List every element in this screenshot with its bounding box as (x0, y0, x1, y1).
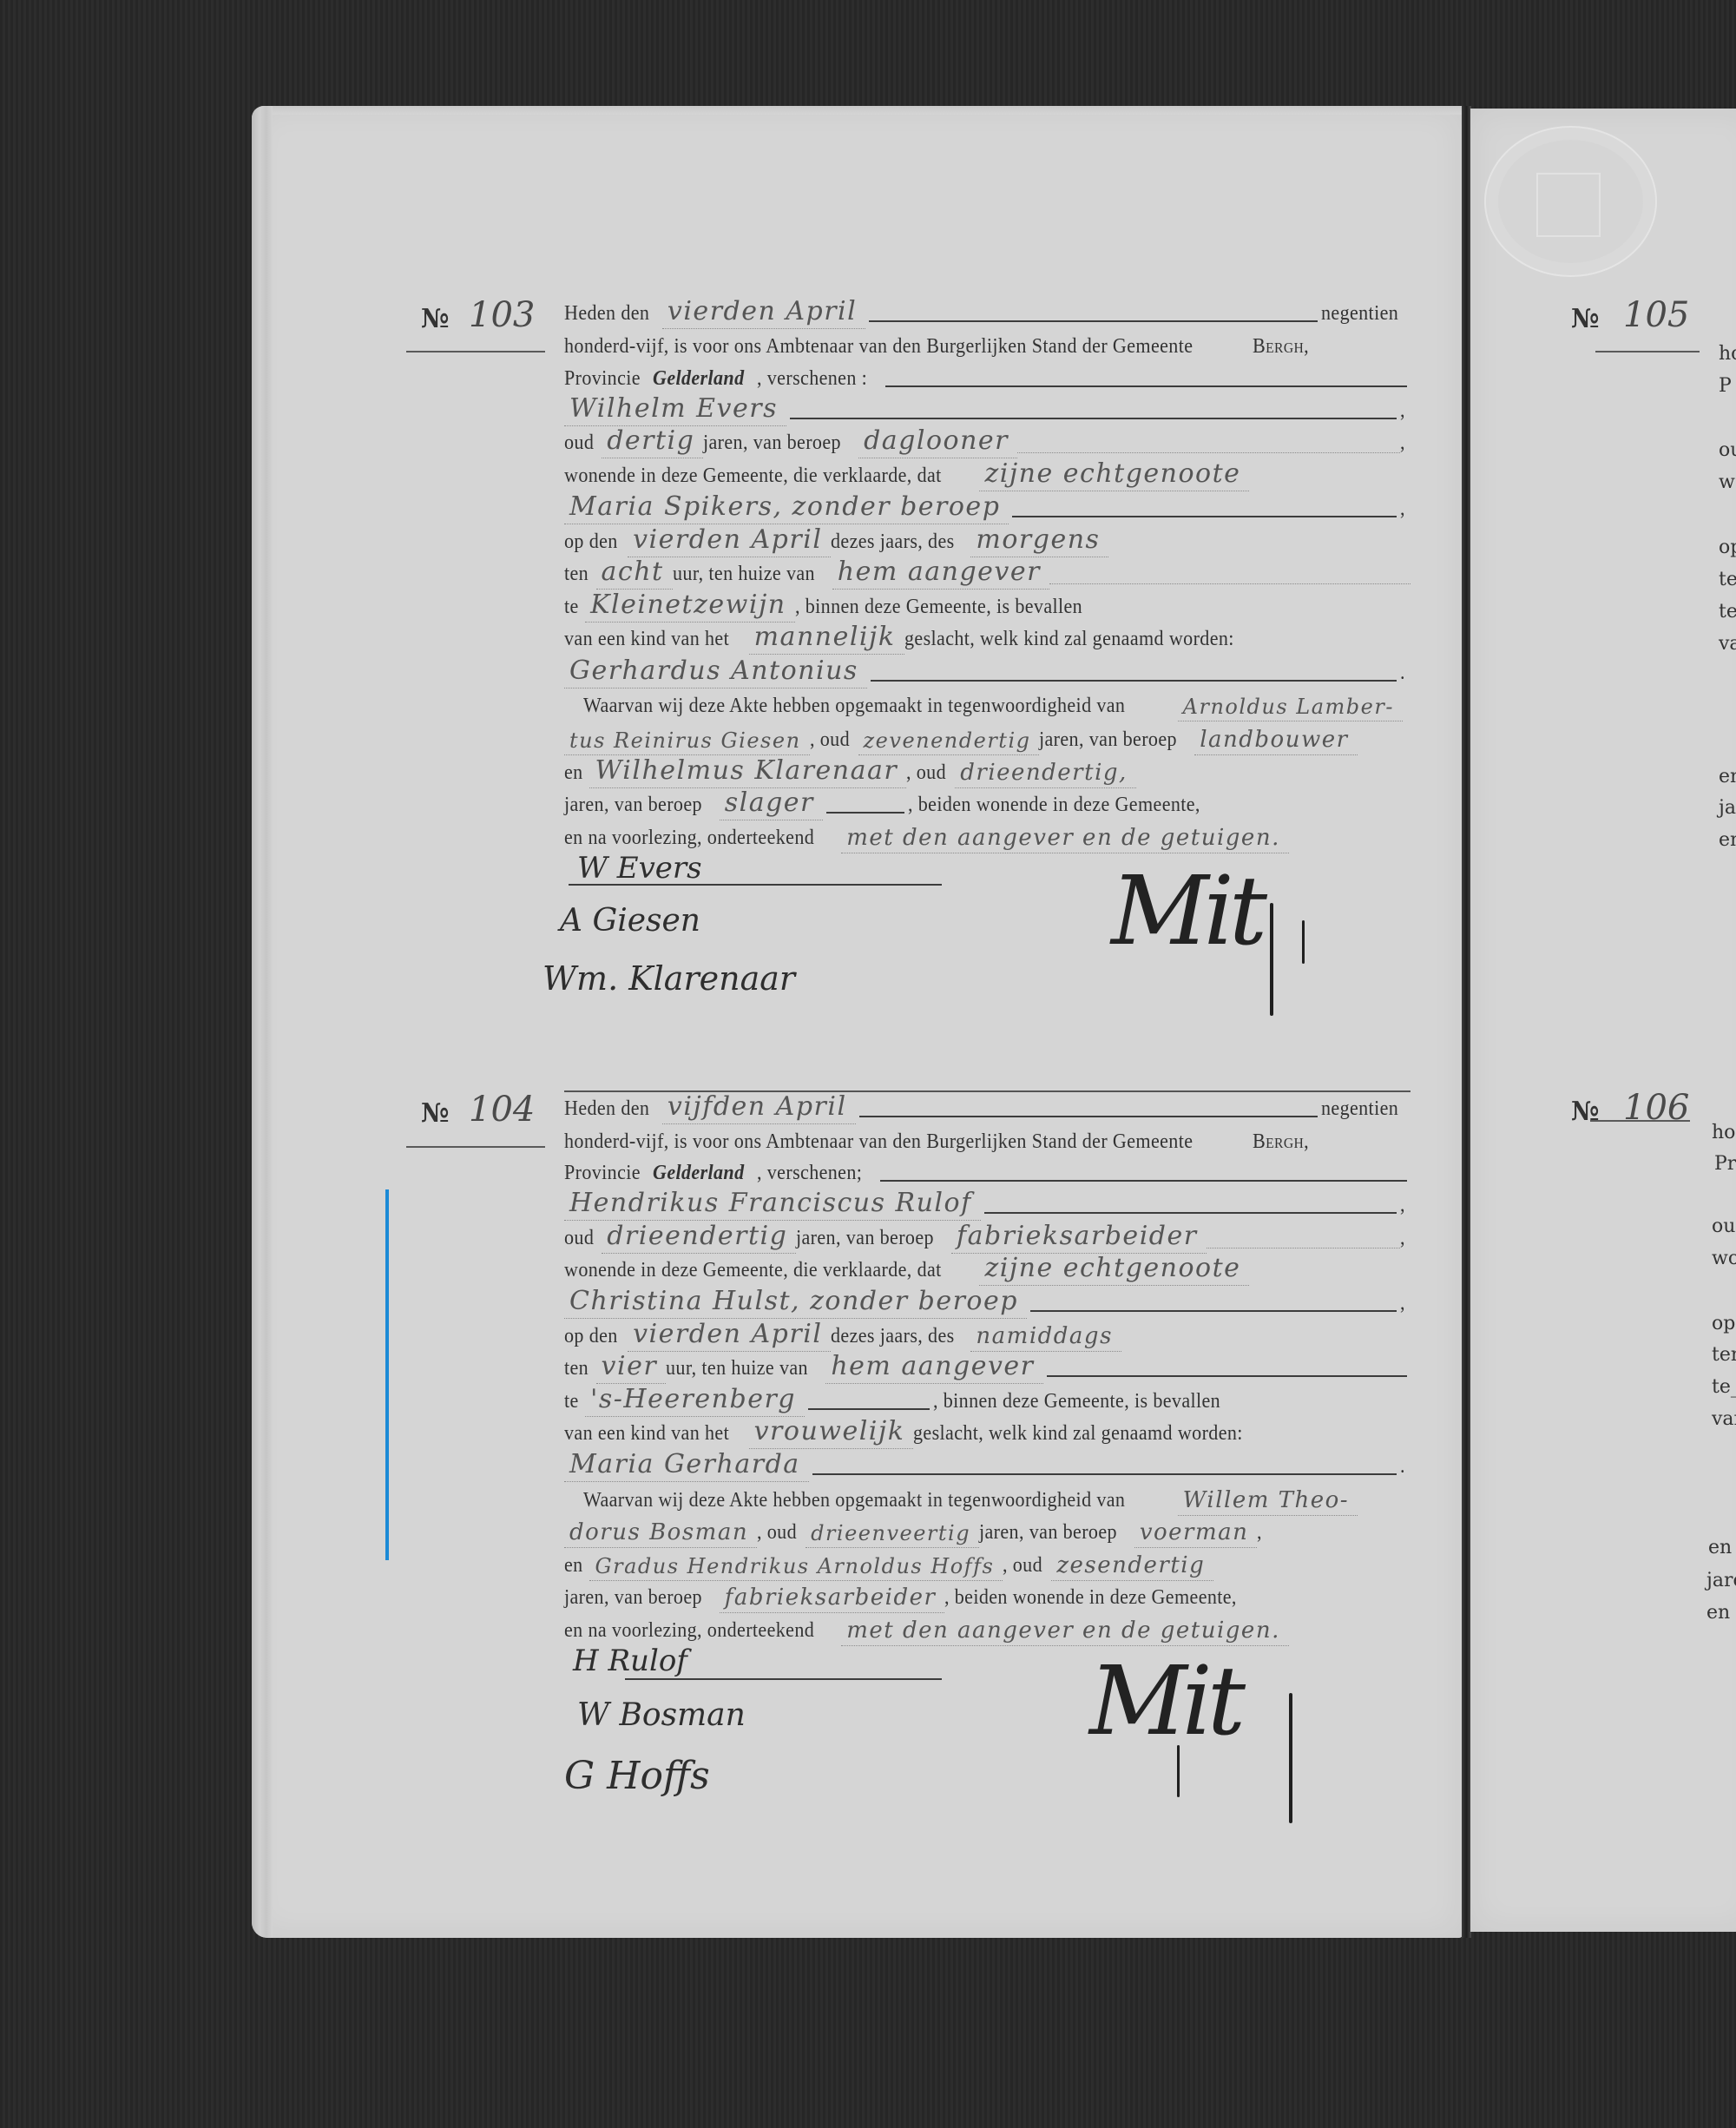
printed-text: , (1257, 1521, 1266, 1548)
printed-text: uur, ten huize van (666, 1357, 812, 1384)
text-fragment: op (1719, 537, 1736, 558)
dotted-rule (1049, 583, 1410, 584)
record-number-label: № (421, 304, 450, 334)
declarant-signature: H Rulof (573, 1644, 687, 1678)
text-fragment: Pr (1714, 1153, 1736, 1175)
registrar-signature-stroke (1177, 1745, 1180, 1797)
record-line: en na voorlezing, onderteekend met den a… (564, 1615, 1410, 1646)
witness-1-occupation: landbouwer (1194, 727, 1357, 755)
mother-name: Maria Spikers, zonder beroep (564, 491, 1009, 524)
record-line: jaren, van beroep slager , beiden wonend… (564, 789, 1410, 820)
text-fragment: te (1719, 601, 1736, 623)
child-sex: mannelijk (749, 622, 904, 655)
printed-text: Waarvan wij deze Akte hebben opgemaakt i… (583, 1489, 1130, 1516)
printed-text: op den (564, 1325, 622, 1352)
printed-text: van een kind van het (564, 628, 734, 655)
text-fragment: en (1706, 1602, 1730, 1624)
child-name: Gerhardus Antonius (564, 656, 867, 688)
text-fragment: wo (1712, 1248, 1736, 1269)
text-fragment: w (1719, 471, 1735, 493)
printed-text: Waarvan wij deze Akte hebben opgemaakt i… (583, 695, 1130, 721)
record-line: oud drieendertig jaren, van beroep fabri… (564, 1222, 1410, 1254)
record-line: Provincie Gelderland , verschenen; (564, 1157, 1410, 1189)
record-line: dorus Bosman , oud drieenveertig jaren, … (564, 1517, 1410, 1548)
text-fragment: hon (1712, 1122, 1736, 1143)
record-line: Maria Spikers, zonder beroep , (564, 493, 1410, 524)
witness-1-name-cont: tus Reinirus Giesen (564, 728, 810, 755)
printed-text: geslacht, welk kind zal genaamd worden: (904, 628, 1239, 655)
record-line: jaren, van beroep fabrieksarbeider , bei… (564, 1582, 1410, 1613)
record-line: Waarvan wij deze Akte hebben opgemaakt i… (583, 690, 1410, 721)
printed-text: , binnen deze Gemeente, is bevallen (933, 1390, 1226, 1417)
printed-text: jaren, van beroep (979, 1521, 1121, 1548)
printed-text: te (564, 1390, 583, 1417)
record-line: tus Reinirus Giesen , oud zevenendertig … (564, 724, 1410, 755)
text-fragment: en (1719, 766, 1736, 787)
registrar-signature-stroke (1289, 1693, 1292, 1823)
printed-text: , binnen deze Gemeente, is bevallen (795, 596, 1088, 623)
printed-text: honderd-vijf, is voor ons Ambtenaar van … (564, 1130, 1198, 1157)
registrar-signature-stroke (1302, 920, 1305, 964)
printed-text: en na voorlezing, onderteekend (564, 1619, 819, 1646)
record-line: Provincie Gelderland , verschenen : (564, 363, 1410, 394)
printed-text: en (564, 761, 588, 788)
text-fragment: en (1719, 829, 1736, 851)
declarant-name: Wilhelm Evers (564, 393, 786, 426)
record-line: Heden den vijfden April negentien (564, 1093, 1410, 1124)
registrar-signature-stroke (1270, 903, 1273, 1016)
printed-text: , (1400, 1292, 1410, 1319)
printed-text: negentien (1321, 1097, 1404, 1124)
record-line: ten vier uur, ten huize van hem aangever (564, 1353, 1410, 1384)
text-fragment: va (1719, 633, 1736, 655)
witness-1-occupation: voerman (1134, 1519, 1258, 1548)
printed-text: en na voorlezing, onderteekend (564, 827, 819, 853)
printed-text: , verschenen : (757, 367, 872, 394)
printed-text: Provincie (564, 1162, 645, 1189)
printed-text: , oud (1003, 1554, 1048, 1581)
record-line: Christina Hulst, zonder beroep , (564, 1288, 1410, 1319)
fill-rule (808, 1408, 930, 1410)
record-line: oud dertig jaren, van beroep daglooner , (564, 427, 1410, 458)
record-line: en Gradus Hendrikus Arnoldus Hoffs , oud… (564, 1550, 1410, 1581)
witness-2-occupation: slager (720, 787, 823, 820)
birth-date: vierden April (628, 524, 831, 557)
record-line: en Wilhelmus Klarenaar , oud drieenderti… (564, 757, 1410, 788)
record-line: Gerhardus Antonius . (564, 657, 1410, 688)
record-line: ten acht uur, ten huize van hem aangever (564, 558, 1410, 590)
record-line: van een kind van het mannelijk geslacht,… (564, 623, 1410, 655)
declarant-signature: W Evers (577, 851, 702, 886)
record-line: wonende in deze Gemeente, die verklaarde… (564, 1255, 1410, 1286)
birth-hour: acht (596, 557, 673, 590)
fill-rule (812, 1473, 1397, 1475)
fill-rule (880, 1180, 1407, 1182)
birth-date: vierden April (628, 1319, 831, 1352)
printed-text: , (1400, 1194, 1410, 1221)
fill-rule (826, 812, 904, 814)
handwritten-date: vijfden April (662, 1091, 856, 1124)
record-number-rule (1590, 1120, 1690, 1122)
printed-text: , oud (906, 761, 951, 788)
printed-text: jaren, van beroep (703, 432, 845, 458)
text-fragment: oud (1712, 1216, 1736, 1237)
birth-hour: vier (596, 1351, 667, 1384)
province-name: Gelderland (653, 1162, 749, 1189)
fill-rule (984, 1212, 1397, 1214)
dotted-rule (1017, 452, 1400, 453)
province-name: Gelderland (653, 367, 749, 394)
witness-1-name: Arnoldus Lamber- (1178, 695, 1403, 721)
record-number-rule (1595, 351, 1700, 352)
page-stack-edge (252, 106, 273, 1938)
printed-text: oud (564, 432, 599, 458)
page-top-edge (264, 106, 1463, 115)
printed-text: Provincie (564, 367, 645, 394)
printed-text: geslacht, welk kind zal genaamd worden: (913, 1422, 1247, 1449)
printed-text: ten (564, 563, 594, 590)
printed-text: , (1400, 432, 1410, 458)
witness-1-name-cont: dorus Bosman (564, 1519, 757, 1548)
declarant-age: dertig (602, 425, 703, 458)
facing-register-page (1470, 109, 1736, 1932)
printed-text: oud (564, 1227, 599, 1254)
printed-text: negentien (1321, 302, 1404, 329)
record-number-label: № (1571, 1097, 1600, 1127)
record-line: Wilhelm Evers , (564, 395, 1410, 426)
witness-2-name: Gradus Hendrikus Arnoldus Hoffs (589, 1554, 1003, 1581)
record-number-rule (406, 351, 545, 352)
record-number: 106 (1623, 1088, 1689, 1128)
municipality-name: Bergh, (1253, 1130, 1314, 1157)
text-fragment: ho (1719, 343, 1736, 365)
record-line: honderd-vijf, is voor ons Ambtenaar van … (564, 331, 1410, 362)
printed-text: op den (564, 530, 622, 557)
relation: zijne echtgenoote (979, 458, 1249, 491)
printed-text: , beiden wonende in deze Gemeente, (908, 794, 1205, 820)
registrar-signature: Mit (1089, 1645, 1240, 1756)
record-number-rule (406, 1146, 545, 1148)
witness-1-signature: A Giesen (560, 903, 700, 939)
record-line: te 's-Heerenberg , binnen deze Gemeente,… (564, 1386, 1410, 1417)
birth-house: hem aangever (825, 1351, 1042, 1384)
printed-text: wonende in deze Gemeente, die verklaarde… (564, 464, 946, 491)
record-number: 103 (469, 295, 535, 335)
fill-rule (859, 1116, 1318, 1117)
printed-text: , (1400, 497, 1410, 524)
record-line: en na voorlezing, onderteekend met den a… (564, 822, 1410, 853)
text-fragment: ja (1719, 797, 1736, 819)
declarant-age: drieendertig (602, 1221, 796, 1254)
fill-rule (1012, 516, 1396, 517)
printed-text: Heden den (564, 302, 654, 329)
text-fragment: ou (1719, 439, 1736, 461)
printed-text: , verschenen; (757, 1162, 867, 1189)
printed-text: te (564, 596, 583, 623)
record-line: Maria Gerharda . (564, 1451, 1410, 1482)
fill-rule (885, 385, 1407, 387)
printed-text: jaren, van beroep (796, 1227, 938, 1254)
fill-rule (1030, 1310, 1397, 1312)
printed-text: . (1400, 662, 1410, 688)
text-fragment: op (1712, 1313, 1735, 1334)
text-fragment: ten (1712, 1344, 1736, 1366)
witness-2-age: drieendertig, (955, 760, 1136, 788)
child-name: Maria Gerharda (564, 1449, 809, 1482)
witness-1-age: zevenendertig (858, 728, 1040, 755)
printed-text: en (564, 1554, 588, 1581)
signing-clause: met den aangever en de getuigen. (841, 825, 1289, 853)
time-of-day: namiddags (970, 1323, 1121, 1352)
text-fragment: en (1708, 1537, 1732, 1558)
record-line: op den vierden April dezes jaars, des mo… (564, 526, 1410, 557)
record-line: te Kleinetzewijn , binnen deze Gemeente,… (564, 591, 1410, 623)
printed-text: ten (564, 1357, 594, 1384)
birth-place: Kleinetzewijn (585, 590, 794, 623)
printed-text: , (1400, 399, 1410, 426)
fill-rule (869, 320, 1318, 322)
printed-text: jaren, van beroep (564, 1586, 707, 1613)
record-line: Heden den vierden April negentien (564, 298, 1410, 329)
text-fragment: P (1719, 375, 1732, 397)
record-line: honderd-vijf, is voor ons Ambtenaar van … (564, 1126, 1410, 1157)
printed-text: wonende in deze Gemeente, die verklaarde… (564, 1259, 946, 1286)
fill-rule (871, 680, 1397, 682)
relation: zijne echtgenoote (979, 1253, 1249, 1286)
fill-rule (1047, 1375, 1407, 1377)
record-number: 104 (469, 1090, 535, 1130)
declarant-occupation: daglooner (858, 425, 1017, 458)
witness-1-age: drieenveertig (806, 1521, 979, 1548)
declarant-occupation: fabrieksarbeider (951, 1221, 1207, 1254)
record-number-label: № (1571, 304, 1600, 334)
child-sex: vrouwelijk (749, 1416, 914, 1449)
printed-text: Heden den (564, 1097, 654, 1124)
birth-house: hem aangever (832, 557, 1049, 590)
printed-text: , oud (810, 728, 855, 755)
embossed-seal-icon (1484, 126, 1657, 277)
witness-1-signature: W Bosman (577, 1697, 746, 1733)
text-fragment: te (1719, 569, 1736, 590)
printed-text: honderd-vijf, is voor ons Ambtenaar van … (564, 335, 1198, 362)
record-line: Hendrikus Franciscus Rulof , (564, 1189, 1410, 1221)
printed-text: . (1400, 1455, 1410, 1482)
selection-annotation-line (385, 1189, 389, 1560)
fill-rule (790, 418, 1397, 419)
record-line: op den vierden April dezes jaars, des na… (564, 1321, 1410, 1352)
witness-2-signature: Wm. Klarenaar (542, 959, 795, 998)
record-line: wonende in deze Gemeente, die verklaarde… (564, 460, 1410, 491)
printed-text: , (1400, 1227, 1410, 1254)
municipality-name: Bergh, (1253, 335, 1314, 362)
record-number: 105 (1623, 295, 1689, 335)
text-fragment: te_ (1712, 1376, 1736, 1398)
dotted-rule (1207, 1248, 1400, 1248)
record-number-label: № (421, 1098, 450, 1129)
record-line: Waarvan wij deze Akte hebben opgemaakt i… (583, 1485, 1410, 1516)
printed-text: van een kind van het (564, 1422, 734, 1449)
printed-text: jaren, van beroep (1039, 728, 1181, 755)
record-line: van een kind van het vrouwelijk geslacht… (564, 1418, 1410, 1449)
text-fragment: jare (1706, 1570, 1736, 1591)
printed-text: jaren, van beroep (564, 794, 707, 820)
printed-text: dezes jaars, des (831, 530, 959, 557)
witness-2-name: Wilhelmus Klarenaar (589, 755, 906, 788)
declarant-name: Hendrikus Franciscus Rulof (564, 1188, 981, 1221)
birth-place: 's-Heerenberg (585, 1384, 805, 1417)
witness-2-occupation: fabrieksarbeider (720, 1584, 945, 1613)
printed-text: , beiden wonende in deze Gemeente, (944, 1586, 1241, 1613)
printed-text: uur, ten huize van (673, 563, 819, 590)
printed-text: , oud (757, 1521, 802, 1548)
witness-1-name: Willem Theo- (1178, 1487, 1358, 1516)
witness-2-signature: G Hoffs (564, 1754, 710, 1798)
text-fragment: van (1712, 1408, 1736, 1430)
mother-name: Christina Hulst, zonder beroep (564, 1286, 1027, 1319)
registrar-signature: Mit (1111, 855, 1262, 966)
time-of-day: morgens (970, 524, 1108, 557)
witness-2-age: zesendertig (1051, 1552, 1213, 1581)
handwritten-date: vierden April (662, 296, 865, 329)
printed-text: dezes jaars, des (831, 1325, 959, 1352)
signing-clause: met den aangever en de getuigen. (841, 1617, 1289, 1646)
signature-rule (625, 1678, 942, 1680)
